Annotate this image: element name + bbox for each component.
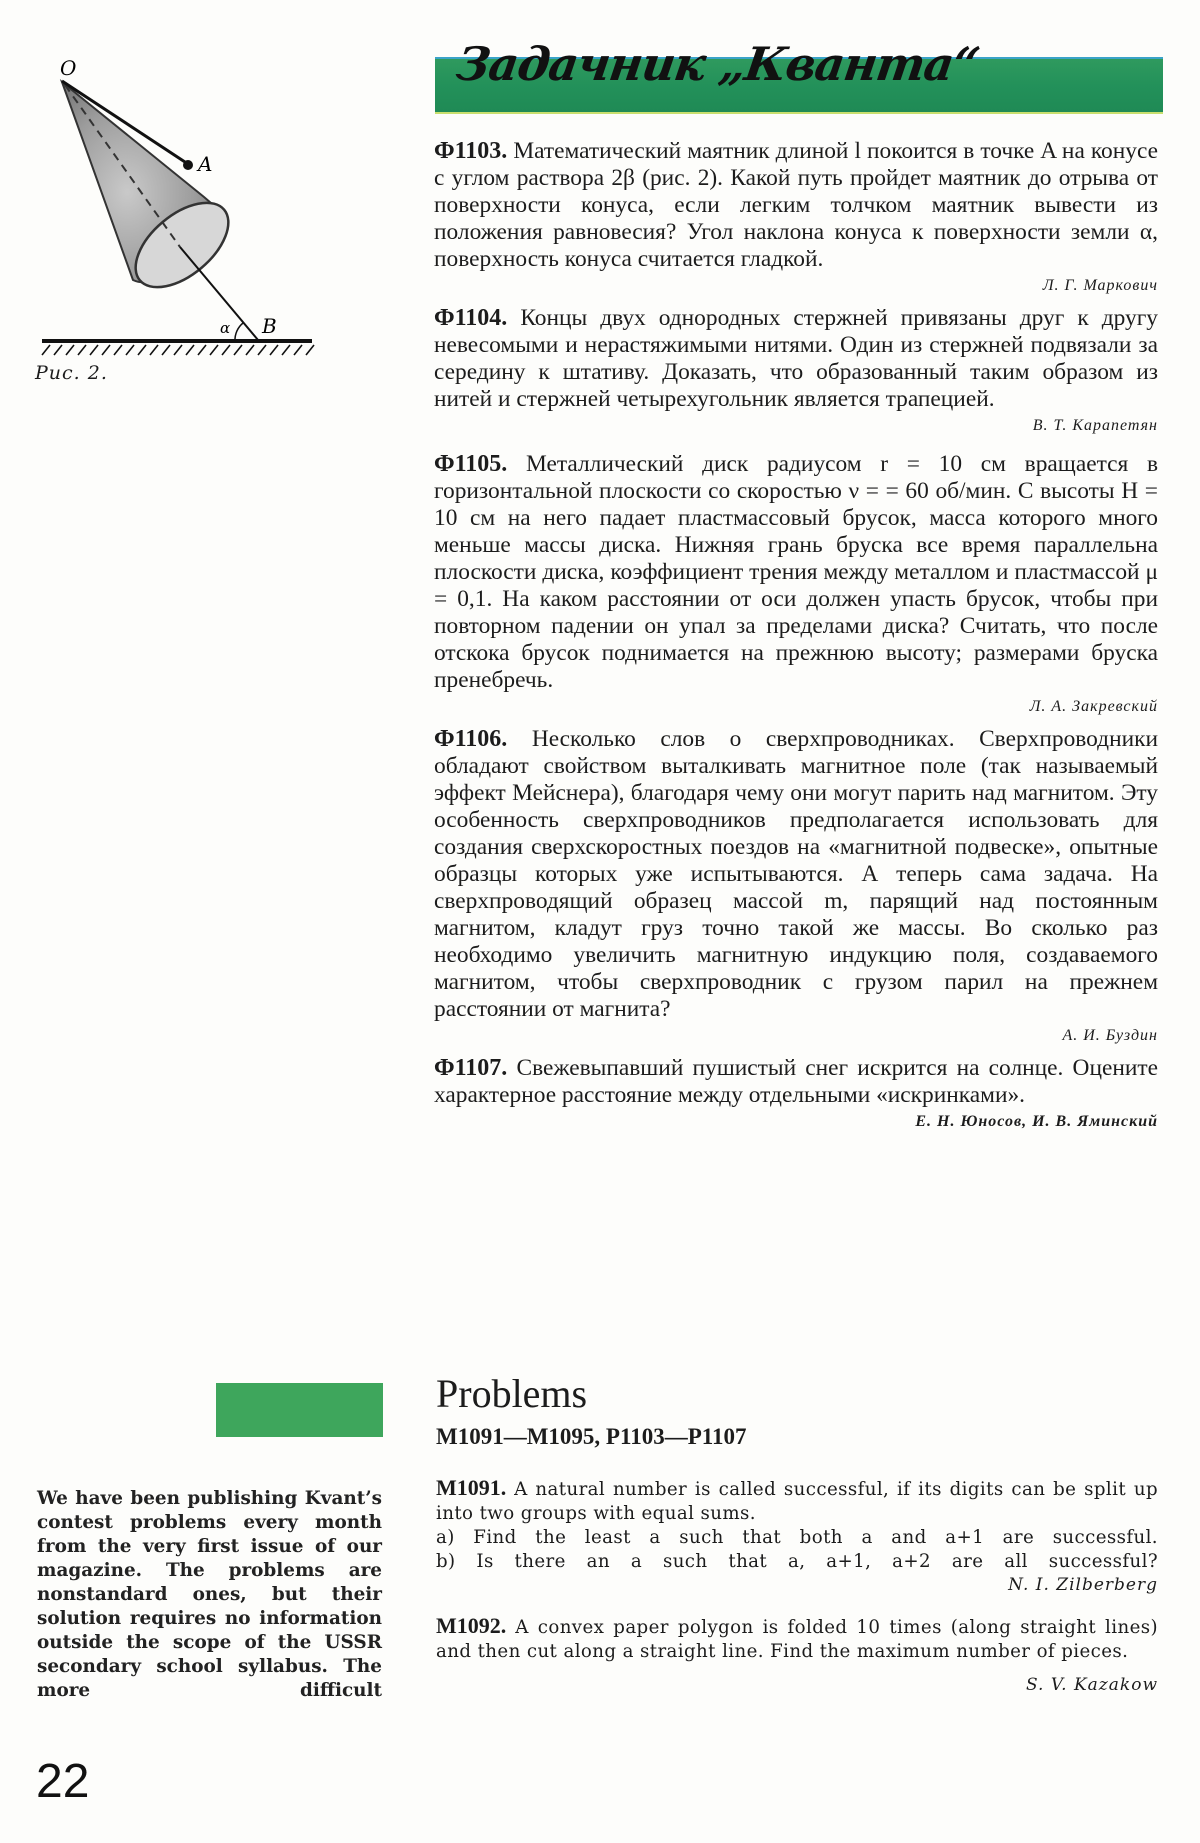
problem-m1091: M1091. A natural number is called succes… [436,1476,1158,1596]
problem-f1106: Ф1106. Несколько слов о сверхпроводниках… [434,726,1158,1047]
label-b: B [261,314,277,338]
problem-id: Ф1103. [434,138,507,164]
problem-text: Металлический диск радиусом r = 10 см вр… [434,451,1158,693]
problem-text: Математический маятник длиной l покоится… [434,138,1158,272]
problem-id: Ф1105. [434,451,507,477]
section-title: Problems [436,1370,587,1417]
problem-part-a: a) Find the least a such that both a and… [436,1526,1158,1550]
page-number: 22 [36,1754,89,1809]
label-alpha: α [220,319,230,337]
figure-cone-pendulum: O A B α [30,55,330,395]
problem-f1104: Ф1104. Концы двух однородных стержней пр… [434,305,1158,437]
label-a: A [196,152,212,176]
problem-f1105: Ф1105. Металлический диск радиусом r = 1… [434,451,1158,718]
problem-author: Е. Н. Юносов, И. В. Яминский [434,1111,1158,1133]
problem-id: Ф1107. [434,1055,507,1081]
problem-id: Ф1104. [434,305,507,331]
problem-f1107: Ф1107. Свежевыпавший пушистый снег искри… [434,1055,1158,1133]
section-subtitle: M1091—M1095, P1103—P1107 [436,1424,746,1450]
sidebar-color-box [216,1383,383,1437]
problem-f1103: Ф1103. Математический маятник длиной l п… [434,138,1158,297]
problem-id: Ф1106. [434,726,507,752]
problem-text: A natural number is called successful, i… [436,1479,1158,1524]
problem-id: M1092. [436,1613,506,1638]
problem-author: А. И. Буздин [434,1025,1158,1047]
problem-author: N. I. Zilberberg [436,1574,1158,1596]
problem-part-b: b) Is there an a such that a, a+1, a+2 a… [436,1550,1158,1574]
problem-author: Л. Г. Маркович [434,275,1158,297]
problem-m1092: M1092. A convex paper polygon is folded … [436,1614,1158,1696]
label-o: O [60,56,76,80]
problem-text: Несколько слов о сверхпроводниках. Сверх… [434,726,1158,1022]
problem-text: Свежевыпавший пушистый снег искрится на … [434,1055,1158,1108]
problem-author: S. V. Kazakow [436,1674,1158,1696]
en-problems-column: M1091. A natural number is called succes… [436,1476,1158,1696]
problem-id: M1091. [436,1475,506,1500]
problem-author: Л. А. Закревский [434,696,1158,718]
figure-caption: Рис. 2. [35,362,108,384]
sidebar-intro-text: We have been publishing Kvant’s contest … [37,1487,382,1703]
banner-title: Задачник „Кванта“ [453,37,982,91]
ru-problems-column: Ф1103. Математический маятник длиной l п… [434,138,1158,1133]
section-banner: Задачник „Кванта“ [435,57,1163,114]
cone-diagram: O A B α [30,55,330,365]
problem-text: Концы двух однородных стержней привязаны… [434,305,1158,412]
problem-author: В. Т. Карапетян [434,415,1158,437]
problem-text: A convex paper polygon is folded 10 time… [436,1617,1158,1662]
